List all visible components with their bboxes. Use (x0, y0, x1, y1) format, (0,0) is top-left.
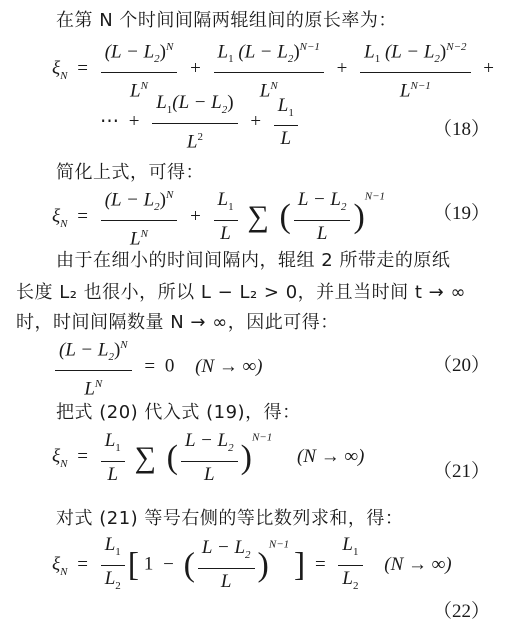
equation-number-20: （20） (433, 350, 490, 377)
sigma-icon: ∑ (247, 200, 268, 233)
equation-19: ξN = (L − L2)N LN + L1 L ∑ ( L − L2 L )N… (52, 184, 385, 250)
equals-sign: = (77, 58, 88, 79)
paragraph-reason-1: 由于在细小的时间间隔内，辊组 2 所带走的原纸 (56, 246, 450, 272)
fraction-term3: L1 (L − L2)N−2 LN−1 (360, 36, 470, 102)
paragraph-simplify: 简化上式，可得： (56, 158, 204, 184)
fraction-last: L1 L (274, 95, 298, 151)
sigma-icon: ∑ (135, 441, 156, 474)
paragraph-substitute: 把式 (20) 代入式 (19)，得： (56, 398, 301, 424)
equation-number-21: （21） (433, 456, 490, 483)
xi-symbol: ξN (52, 58, 67, 79)
equation-21: ξN = L1 L ∑ ( L − L2 L )N−1 (N → ∞) (52, 430, 364, 486)
equation-20: (L − L2)N LN = 0 (N → ∞) (52, 334, 262, 400)
limit-condition: (N → ∞) (195, 356, 262, 377)
equation-18-line2: ⋯ + L1(L − L2) L2 + L1 L (100, 92, 301, 153)
equation-number-22: （22） (433, 596, 490, 622)
paragraph-reason-2: 长度 L₂ 也很小，所以 L − L₂ > 0，并且当时间 t → ∞ (16, 278, 466, 304)
paragraph-sum: 对式 (21) 等号右侧的等比数列求和，得： (56, 504, 403, 530)
equation-number-19: （19） (433, 198, 490, 225)
equation-22: ξN = L1 L2 [ 1 − ( L − L2 L )N−1 ] = L1 … (52, 534, 452, 597)
fraction-term-n: L1(L − L2) L2 (152, 92, 237, 153)
paragraph-reason-3: 时，时间间隔数量 N → ∞，因此可得： (16, 308, 339, 334)
paragraph-intro: 在第 N 个时间间隔两辊组间的原长率为： (56, 6, 397, 32)
equation-number-18: （18） (433, 114, 490, 141)
